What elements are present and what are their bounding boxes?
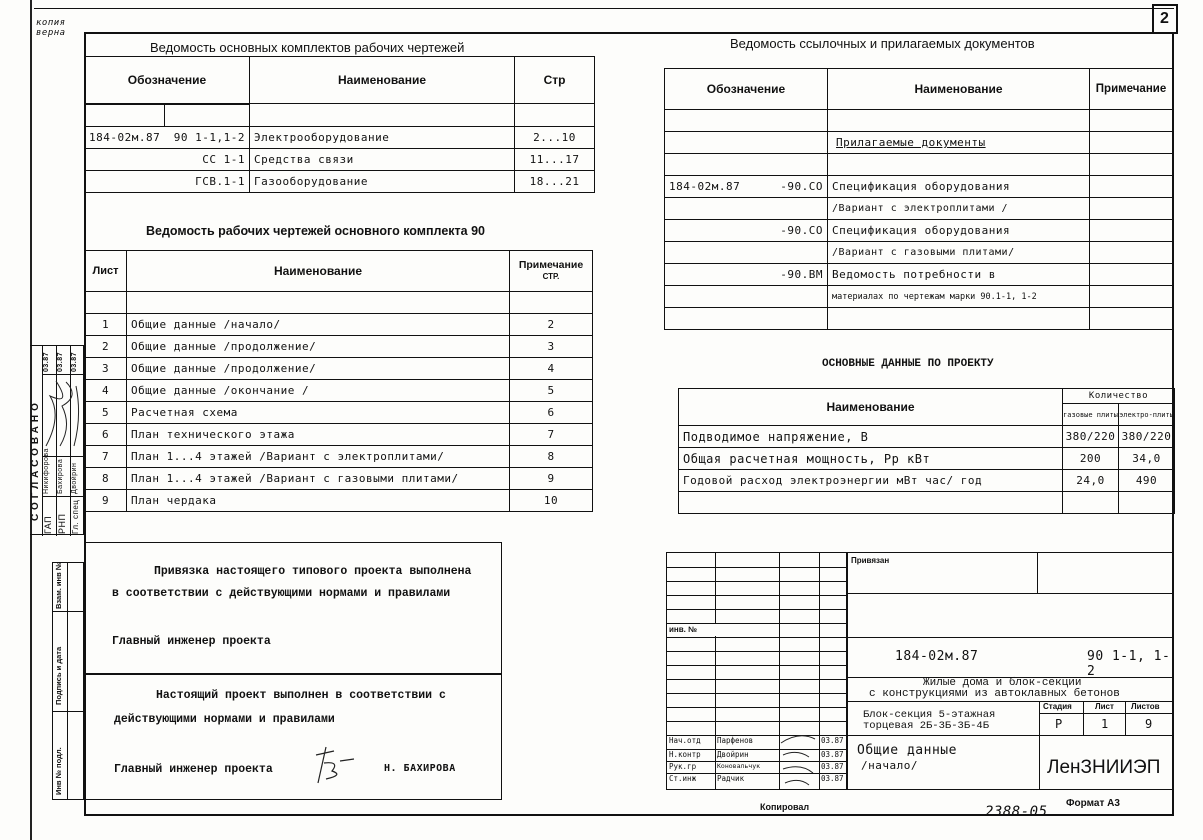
cell: 9 xyxy=(510,468,593,490)
engineer-signature xyxy=(310,745,360,785)
cell: -90.ВМ xyxy=(763,264,828,286)
title-block-main: Привязан 184-02м.87 90 1-1, 1-2 Жилые до… xyxy=(846,552,1174,790)
cell xyxy=(763,308,828,330)
cell xyxy=(828,110,1090,132)
cell: 380/220 xyxy=(1119,426,1175,448)
cell: 7 xyxy=(85,446,127,468)
inv-label: инв. № xyxy=(669,625,697,634)
cell xyxy=(763,198,828,220)
sheet-number-box: 2 xyxy=(1152,4,1178,34)
cell xyxy=(763,242,828,264)
sheet-number: 2 xyxy=(1160,10,1169,28)
cell: 34,0 xyxy=(1119,448,1175,470)
sig-date: 03.87 xyxy=(821,774,844,783)
approval-date: 03.87 xyxy=(71,352,78,372)
cell: Расчетная схема xyxy=(127,402,510,424)
cell: Общие данные /окончание / xyxy=(127,380,510,402)
header-designation: Обозначение xyxy=(665,69,828,110)
sheet-label: Лист xyxy=(1095,702,1114,711)
cell xyxy=(665,308,763,330)
cell: Подводимое напряжение, В xyxy=(679,426,1063,448)
cell: 2...10 xyxy=(515,126,595,148)
cell: 7 xyxy=(510,424,593,446)
project-data-table: Наименование Количество газовые плиты эл… xyxy=(678,388,1175,514)
cell xyxy=(665,264,763,286)
cell: 490 xyxy=(1119,470,1175,492)
side-label-sign-date: Подпись и дата xyxy=(54,647,63,705)
table-row: ГСВ.1-1 Газооборудование 18...21 xyxy=(85,170,595,192)
header-name: Наименование xyxy=(250,57,515,104)
sig-role: Ст.инж xyxy=(669,774,696,783)
cell xyxy=(85,104,165,127)
sig-date: 03.87 xyxy=(821,736,844,745)
binding-text-2: в соответствии с действующими нормами и … xyxy=(112,587,450,600)
doc-code: 184-02м.87 xyxy=(895,649,978,664)
cell xyxy=(1090,242,1173,264)
cell xyxy=(828,154,1090,176)
copied-by-label: Копировал xyxy=(760,802,809,812)
compliance-statement-box: Настоящий проект выполнен в соответствии… xyxy=(84,674,502,800)
cell xyxy=(679,492,1063,514)
approval-name: Двойрин xyxy=(71,463,78,494)
cell: 6 xyxy=(85,424,127,446)
approval-role: РНП xyxy=(57,514,67,534)
table-row: 8План 1...4 этажей /Вариант с газовыми п… xyxy=(85,468,593,490)
cell xyxy=(1090,132,1173,154)
cell xyxy=(1090,220,1173,242)
sig-name: Двойрин xyxy=(717,750,749,759)
cell: План технического этажа xyxy=(127,424,510,446)
cell xyxy=(127,292,510,314)
cell: Общие данные /продолжение/ xyxy=(127,358,510,380)
table-row: 7План 1...4 этажей /Вариант с электропли… xyxy=(85,446,593,468)
signature-row: Н.контр Двойрин 03.87 xyxy=(669,750,701,759)
header-name: Наименование xyxy=(679,389,1063,426)
table-row: 3Общие данные /продолжение/4 xyxy=(85,358,593,380)
format-label: Формат A3 xyxy=(1066,798,1120,809)
cell: Электрооборудование xyxy=(250,126,515,148)
approval-role: ГАП xyxy=(43,516,53,534)
cell xyxy=(1090,110,1173,132)
header-name: Наименование xyxy=(127,251,510,292)
cell: 3 xyxy=(85,358,127,380)
cell xyxy=(1090,264,1173,286)
sheets-label: Листов xyxy=(1131,702,1160,711)
cell xyxy=(1090,286,1173,308)
copy-note: копия верна xyxy=(36,18,76,38)
cell: ГСВ.1-1 xyxy=(165,170,250,192)
approval-date: 03.87 xyxy=(43,352,50,372)
cell: План 1...4 этажей /Вариант с газовыми пл… xyxy=(127,468,510,490)
cell: 4 xyxy=(85,380,127,402)
cell xyxy=(665,110,763,132)
cell: 184-02м.87 xyxy=(665,176,763,198)
cell: Общие данные /продолжение/ xyxy=(127,336,510,358)
cell xyxy=(165,104,250,127)
sig-date: 03.87 xyxy=(821,750,844,759)
header-note-sub: СТР. xyxy=(510,271,592,282)
compliance-text-2: действующими нормами и правилами xyxy=(114,713,335,726)
cell: 6 xyxy=(510,402,593,424)
cell xyxy=(763,154,828,176)
sig-role: Рук.гр xyxy=(669,762,696,771)
header-gas: газовые плиты xyxy=(1063,404,1119,426)
table-row xyxy=(85,104,595,127)
cell: Общая расчетная мощность, Pр кВт xyxy=(679,448,1063,470)
cell xyxy=(1119,492,1175,514)
header-designation: Обозначение xyxy=(85,57,250,104)
cell: -90.СО xyxy=(763,220,828,242)
cell xyxy=(828,308,1090,330)
approval-name: Никифорова xyxy=(43,448,50,494)
table-row xyxy=(665,110,1173,132)
cell: 10 xyxy=(510,490,593,512)
cell: 5 xyxy=(85,402,127,424)
cell: 2 xyxy=(85,336,127,358)
compliance-engineer: Главный инженер проекта xyxy=(114,763,273,776)
header-quantity: Количество xyxy=(1063,389,1175,404)
cell: 90 1-1,1-2 xyxy=(165,126,250,148)
cell xyxy=(665,286,763,308)
working-drawings-title: Ведомость рабочих чертежей основного ком… xyxy=(146,224,485,238)
cell xyxy=(85,292,127,314)
cell: /Вариант с электроплитами / xyxy=(828,198,1090,220)
table-row: Общая расчетная мощность, Pр кВт20034,0 xyxy=(679,448,1175,470)
approvals-block: СОГЛАСОВАНО ГАП РНП Гл. спец Никифорова … xyxy=(30,345,84,535)
engineer-name: Н. БАХИРОВА xyxy=(384,763,456,774)
cell xyxy=(510,292,593,314)
stage-label: Стадия xyxy=(1043,702,1072,711)
table-row: 9План чердака10 xyxy=(85,490,593,512)
main-sets-title: Ведомость основных комплектов рабочих че… xyxy=(150,40,464,55)
side-label-replace-inv: Взам. инв № xyxy=(54,562,63,609)
table-row: Годовой расход электроэнергии мВт час/ г… xyxy=(679,470,1175,492)
section-2: торцевая 2Б-3Б-3Б-4Б xyxy=(863,720,989,732)
cell: 200 xyxy=(1063,448,1119,470)
header-note: Примечание СТР. xyxy=(510,251,593,292)
cell: Средства связи xyxy=(250,148,515,170)
header-sheet: Лист xyxy=(85,251,127,292)
cell xyxy=(1090,198,1173,220)
cell xyxy=(250,104,515,127)
organization: ЛенЗНИИЭП xyxy=(1047,757,1160,779)
cell: План 1...4 этажей /Вариант с электроплит… xyxy=(127,446,510,468)
cell: /Вариант с газовыми плитами/ xyxy=(828,242,1090,264)
cell xyxy=(1063,492,1119,514)
cell xyxy=(1090,308,1173,330)
cell: -90.СО xyxy=(763,176,828,198)
cell: План чердака xyxy=(127,490,510,512)
approval-signatures xyxy=(42,376,84,454)
signature-row: Рук.гр Коновальчук 03.87 xyxy=(669,762,696,771)
cell: Спецификация оборудования xyxy=(828,176,1090,198)
cell: Годовой расход электроэнергии мВт час/ г… xyxy=(679,470,1063,492)
table-row: 184-02м.87-90.СОСпецификация оборудовани… xyxy=(665,176,1173,198)
main-sets-table: Обозначение Наименование Стр 184-02м.87 … xyxy=(84,56,595,193)
sig-role: Н.контр xyxy=(669,750,701,759)
cell: 8 xyxy=(510,446,593,468)
referenced-docs-table: Обозначение Наименование Примечание Прил… xyxy=(664,68,1173,330)
project-data-title: ОСНОВНЫЕ ДАННЫЕ ПО ПРОЕКТУ xyxy=(822,358,994,370)
working-drawings-table: Лист Наименование Примечание СТР. 1Общие… xyxy=(84,250,593,512)
cell: Газооборудование xyxy=(250,170,515,192)
table-row: материалах по чертежам марки 90.1-1, 1-2 xyxy=(665,286,1173,308)
header-note-label: Примечание xyxy=(510,260,592,271)
sig-name: Радчик xyxy=(717,774,744,783)
approval-date: 03.87 xyxy=(57,352,64,372)
table-row: 5Расчетная схема6 xyxy=(85,402,593,424)
title-block-signatures xyxy=(779,729,819,789)
binding-engineer: Главный инженер проекта xyxy=(112,635,271,648)
cell: 11...17 xyxy=(515,148,595,170)
cell: 5 xyxy=(510,380,593,402)
cell xyxy=(763,110,828,132)
cell: Прилагаемые документы xyxy=(828,132,1090,154)
sheets-value: 9 xyxy=(1145,717,1153,731)
title-block-grid: инв. № Нач.отд Парфенов 03.87 Н.контр Дв… xyxy=(666,552,848,790)
table-row: -90.СОСпецификация оборудования xyxy=(665,220,1173,242)
cell xyxy=(665,154,763,176)
table-row: Прилагаемые документы xyxy=(665,132,1173,154)
stage-value: Р xyxy=(1055,717,1063,731)
table-row: /Вариант с электроплитами / xyxy=(665,198,1173,220)
table-row: 6План технического этажа7 xyxy=(85,424,593,446)
cell xyxy=(665,198,763,220)
bound-label: Привязан xyxy=(851,556,889,565)
binding-text-1: Привязка настоящего типового проекта вып… xyxy=(154,565,471,578)
table-row xyxy=(665,154,1173,176)
sheet-title-2: /начало/ xyxy=(861,759,918,772)
table-row: -90.ВМВедомость потребности в xyxy=(665,264,1173,286)
cell xyxy=(85,170,165,192)
cell: 380/220 xyxy=(1063,426,1119,448)
cell: Ведомость потребности в xyxy=(828,264,1090,286)
signature-row: Ст.инж Радчик 03.87 xyxy=(669,774,696,783)
top-frame-line xyxy=(34,8,1174,9)
cell: 18...21 xyxy=(515,170,595,192)
cell xyxy=(665,132,763,154)
sheet-value: 1 xyxy=(1101,717,1109,731)
cell: 184-02м.87 xyxy=(85,126,165,148)
header-pages: Стр xyxy=(515,57,595,104)
cell: 9 xyxy=(85,490,127,512)
cell: 2 xyxy=(510,314,593,336)
cell: Спецификация оборудования xyxy=(828,220,1090,242)
signature-row: Нач.отд Парфенов 03.87 xyxy=(669,736,701,745)
compliance-text-1: Настоящий проект выполнен в соответствии… xyxy=(156,689,446,702)
table-row: 1Общие данные /начало/2 xyxy=(85,314,593,336)
table-row: 2Общие данные /продолжение/3 xyxy=(85,336,593,358)
binding-statement-box: Привязка настоящего типового проекта вып… xyxy=(84,542,502,674)
cell: СС 1-1 xyxy=(165,148,250,170)
header-name: Наименование xyxy=(828,69,1090,110)
approval-name: Бахирова xyxy=(57,459,64,494)
referenced-docs-title: Ведомость ссылочных и прилагаемых докуме… xyxy=(730,36,1035,51)
table-row xyxy=(665,308,1173,330)
table-row xyxy=(85,292,593,314)
sheet-title-1: Общие данные xyxy=(857,743,957,758)
cell xyxy=(1090,154,1173,176)
cell: Общие данные /начало/ xyxy=(127,314,510,336)
cell: материалах по чертежам марки 90.1-1, 1-2 xyxy=(828,286,1090,308)
sig-name: Коновальчук xyxy=(717,762,760,770)
approval-role: Гл. спец xyxy=(71,500,80,534)
table-row: СС 1-1 Средства связи 11...17 xyxy=(85,148,595,170)
cell xyxy=(515,104,595,127)
cell: 1 xyxy=(85,314,127,336)
cell xyxy=(85,148,165,170)
cell xyxy=(665,220,763,242)
cell xyxy=(665,242,763,264)
table-row: 4Общие данные /окончание /5 xyxy=(85,380,593,402)
table-row: 184-02м.87 90 1-1,1-2 Электрооборудовани… xyxy=(85,126,595,148)
doc-mark: 90 1-1, 1-2 xyxy=(1087,649,1173,679)
header-note: Примечание xyxy=(1090,69,1173,110)
project-title-2: с конструкциями из автоклавных бетонов xyxy=(869,688,1120,700)
header-electric: электро-плиты xyxy=(1119,404,1175,426)
sig-date: 03.87 xyxy=(821,762,844,771)
cell xyxy=(763,132,828,154)
table-row xyxy=(679,492,1175,514)
cell: 24,0 xyxy=(1063,470,1119,492)
approvals-label: СОГЛАСОВАНО xyxy=(30,399,41,521)
sig-role: Нач.отд xyxy=(669,736,701,745)
table-row: /Вариант с газовыми плитами/ xyxy=(665,242,1173,264)
cell xyxy=(1090,176,1173,198)
side-label-orig-inv: Инв № подл. xyxy=(54,747,63,795)
cell: 4 xyxy=(510,358,593,380)
side-labels-block: Взам. инв № Подпись и дата Инв № подл. xyxy=(52,562,84,800)
sig-name: Парфенов xyxy=(717,736,753,745)
cell xyxy=(763,286,828,308)
cell: 8 xyxy=(85,468,127,490)
cell: 3 xyxy=(510,336,593,358)
table-row: Подводимое напряжение, В380/220380/220 xyxy=(679,426,1175,448)
inventory-code: 2388-05 xyxy=(985,804,1048,820)
